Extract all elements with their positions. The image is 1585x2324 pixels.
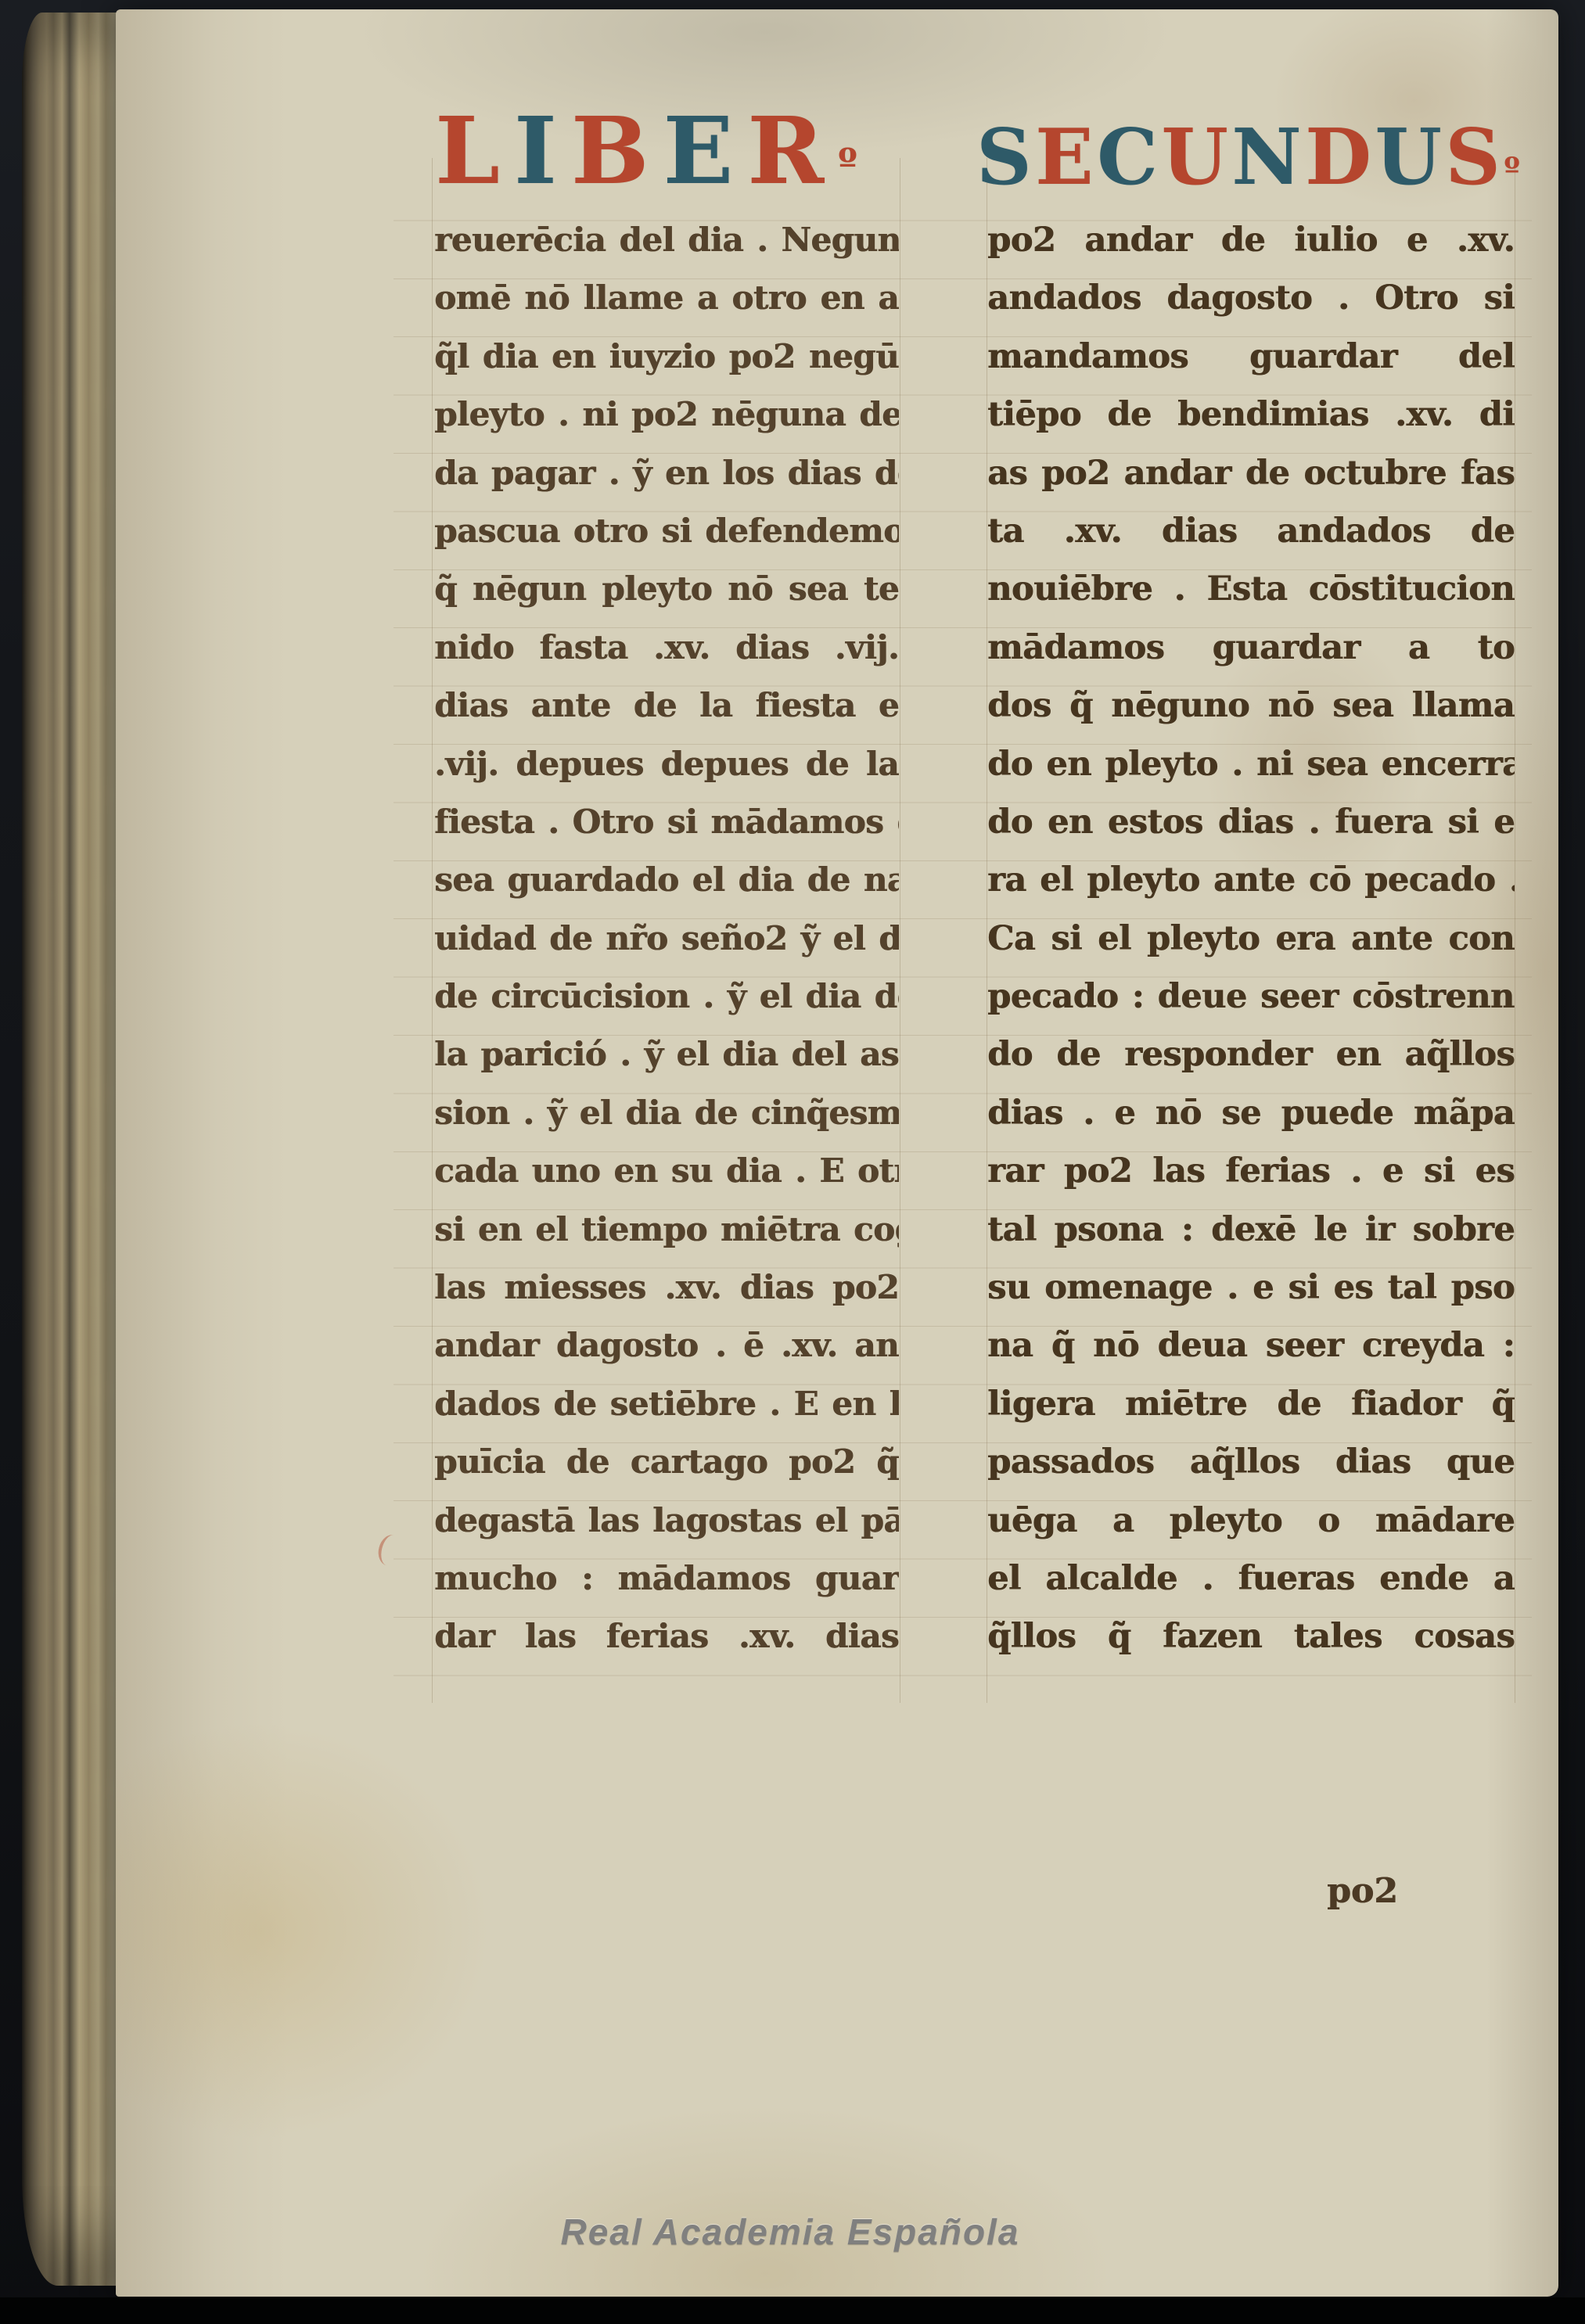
header-letter: D [1305, 105, 1371, 210]
text-line: el alcalde . fueras ende a [987, 1550, 1515, 1607]
text-line: ta .xv. dias andados de [987, 502, 1515, 560]
bottom-black-band [0, 2297, 1585, 2324]
watermark-text: Real Academia Española [383, 2211, 1197, 2253]
text-line: as po2 andar de octubre fas [987, 444, 1515, 502]
text-line: dar las ferias .xv. dias [434, 1607, 899, 1665]
text-line: reuerēcia del dia . Negun [434, 211, 899, 269]
text-line: las miesses .xv. dias po2 [434, 1259, 899, 1316]
header-letter: U [1375, 105, 1441, 210]
text-line: do de responder en aq̃llos [987, 1026, 1515, 1083]
text-line: puīcia de cartago po2 q̃ [434, 1433, 899, 1491]
text-line: passados aq̃llos dias que [987, 1433, 1515, 1491]
text-line: ligera miētre de fiador q̃ [987, 1375, 1515, 1433]
manuscript-photo: LIBERº SECUNDUSº reuerēcia del dia . Neg… [0, 0, 1585, 2324]
header-letter: B [571, 92, 649, 210]
text-line: cada uno en su dia . E otro [434, 1142, 899, 1200]
header-letter: L [435, 92, 500, 210]
text-line: fiesta . Otro si mādamos q̃ [434, 793, 899, 851]
text-line: uēga a pleyto o mādare [987, 1492, 1515, 1550]
text-line: tiēpo de bendimias .xv. di [987, 386, 1515, 444]
text-line: nido fasta .xv. dias .vij. [434, 619, 899, 677]
catchword: po2 [1327, 1871, 1452, 1911]
text-line: dias . e nō se puede mãpa [987, 1084, 1515, 1142]
text-line: sea guardado el dia de na [434, 851, 899, 909]
header-letter: C [1097, 105, 1158, 210]
vertical-ruling [432, 158, 433, 1703]
text-line: dados de setiēbre . E en la [434, 1375, 899, 1433]
text-line: pascua otro si defendemos [434, 502, 899, 560]
text-line: do en estos dias . fuera si e [987, 793, 1515, 851]
running-head-secundus: SECUNDUSº [976, 105, 1520, 210]
vertical-ruling [900, 158, 900, 1703]
book-page-edges [22, 13, 117, 2286]
text-line: su omenage . e si es tal pso [987, 1259, 1515, 1316]
vertical-ruling [1515, 158, 1515, 1703]
text-line: degastā las lagostas el pā [434, 1492, 899, 1550]
text-line: pleyto . ni po2 nēguna deb [434, 386, 899, 444]
header-letter: E [663, 92, 733, 210]
text-line: mucho : mādamos guar [434, 1550, 899, 1607]
text-line: q̃llos q̃ fazen tales cosas [987, 1607, 1515, 1665]
text-line: pecado : deue seer cōstrenni [987, 968, 1515, 1026]
text-line: dos q̃ nēguno nō sea llama [987, 677, 1515, 735]
header-letter: S [1445, 105, 1501, 210]
text-line: nouiēbre . Esta cōstitucion [987, 560, 1515, 618]
header-letter: S [976, 105, 1032, 210]
parchment-page: LIBERº SECUNDUSº reuerēcia del dia . Neg… [116, 9, 1558, 2297]
header-letter: R [747, 92, 824, 210]
header-letter: I [514, 92, 557, 210]
text-line: la parició . ỹ el dia del ascē [434, 1026, 899, 1083]
text-line: andados dagosto . Otro si [987, 269, 1515, 327]
header-letter: N [1231, 105, 1302, 210]
text-line: .vij. depues depues de la [434, 735, 899, 793]
text-line: tal psona : dexē le ir sobre [987, 1201, 1515, 1259]
text-line: dias ante de la fiesta e [434, 677, 899, 735]
text-line: uidad de nr̃o seño2 ỹ el dia [434, 910, 899, 968]
text-line: omē nō llame a otro en a [434, 269, 899, 327]
text-line: mādamos guardar a to [987, 619, 1515, 677]
text-line: q̃ nēgun pleyto nō sea te [434, 560, 899, 618]
header-letter: º [1504, 117, 1520, 222]
header-letter: º [838, 104, 857, 221]
text-line: mandamos guardar del [987, 328, 1515, 386]
text-line: ra el pleyto ante cō pecado . [987, 851, 1515, 909]
text-line: po2 andar de iulio e .xv. [987, 211, 1515, 269]
header-letter: U [1161, 105, 1227, 210]
text-line: na q̃ nō deua seer creyda : [987, 1316, 1515, 1374]
text-line: q̃l dia en iuyzio po2 negū [434, 328, 899, 386]
running-head-liber: LIBERº [435, 92, 857, 210]
text-line: rar po2 las ferias . e si es [987, 1142, 1515, 1200]
header-letter: E [1035, 105, 1094, 210]
text-line: andar dagosto . ē .xv. an [434, 1316, 899, 1374]
text-line: Ca si el pleyto era ante con [987, 910, 1515, 968]
text-line: do en pleyto . ni sea encerra [987, 735, 1515, 793]
text-column-left: reuerēcia del dia . Negunomē nō llame a … [434, 211, 899, 1666]
text-line: de circūcision . ỹ el dia del [434, 968, 899, 1026]
text-column-right: po2 andar de iulio e .xv.andados dagosto… [987, 211, 1515, 1666]
text-line: da pagar . ỹ en los dias de [434, 444, 899, 502]
text-line: si en el tiempo miētra cogē [434, 1201, 899, 1259]
text-line: sion . ỹ el dia de cinq̃esma [434, 1084, 899, 1142]
